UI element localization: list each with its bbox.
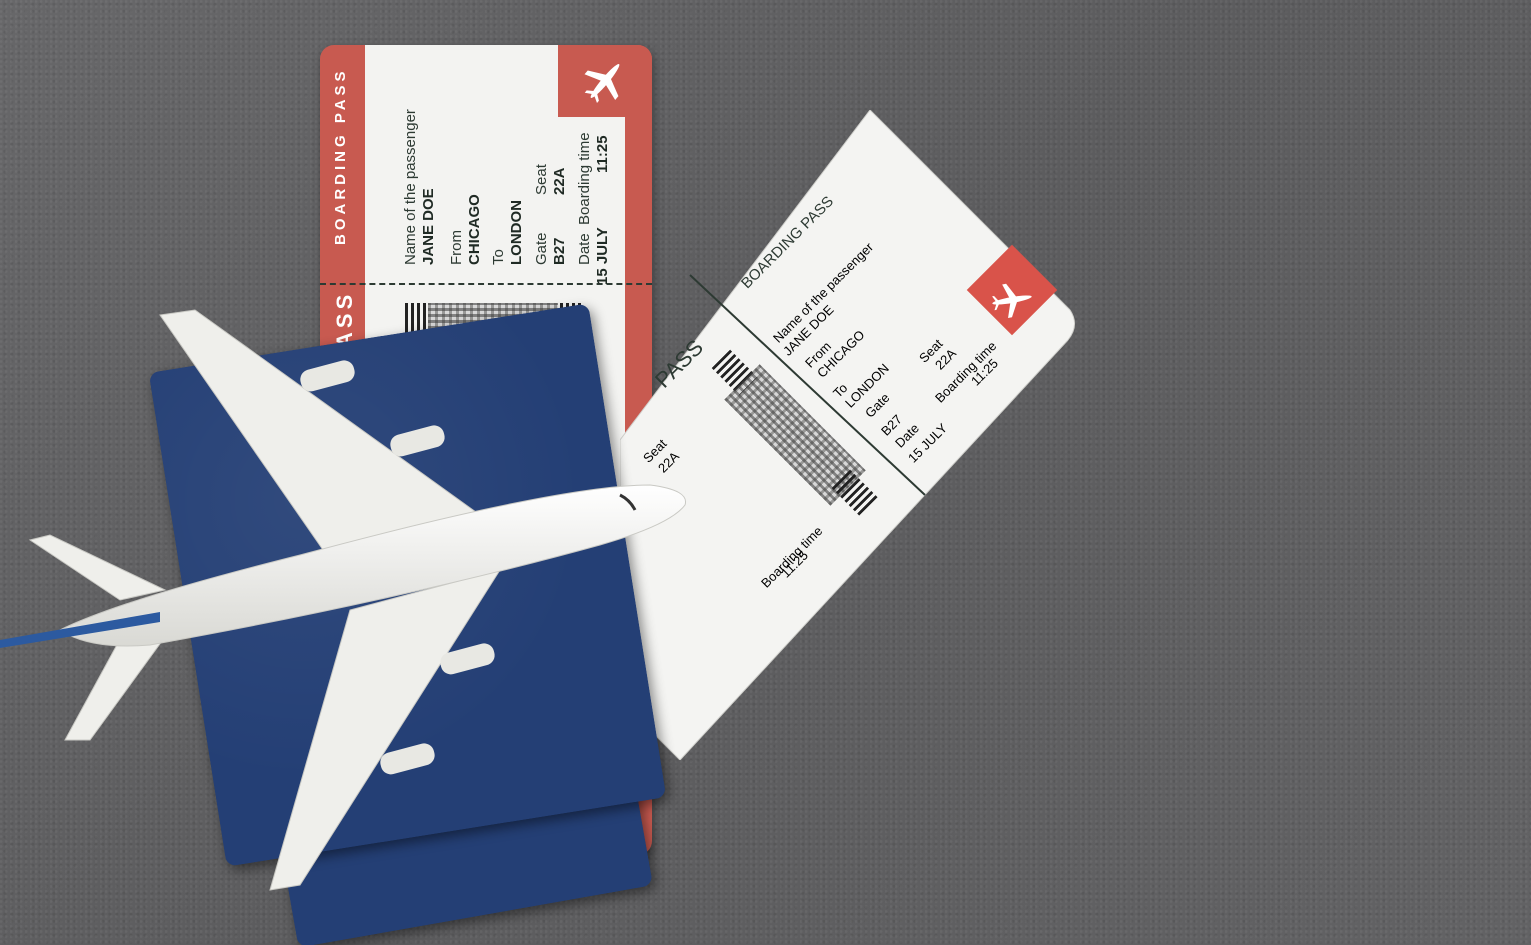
airplane-icon-box	[558, 45, 652, 117]
name-value: JANE DOE	[420, 188, 437, 265]
seat-value: 22A	[551, 167, 568, 195]
boarding-time-label: Boarding time	[576, 132, 593, 225]
date-label: Date	[576, 233, 593, 265]
photo-scene: BOARDING PASS PASS Name of the passenger…	[0, 0, 1531, 945]
name-label: Name of the passenger	[402, 109, 419, 265]
pass-title: BOARDING PASS	[332, 67, 349, 245]
toy-airplane	[0, 300, 720, 900]
from-value: CHICAGO	[466, 194, 483, 265]
date-value: 15 JULY	[594, 227, 611, 285]
to-label: To	[490, 249, 507, 265]
seat-label: Seat	[533, 164, 550, 195]
to-value: LONDON	[508, 200, 525, 265]
from-label: From	[448, 230, 465, 265]
gate-label: Gate	[533, 232, 550, 265]
airplane-icon	[558, 45, 652, 117]
gate-value: B27	[551, 237, 568, 265]
boarding-time-value: 11:25	[594, 135, 611, 173]
